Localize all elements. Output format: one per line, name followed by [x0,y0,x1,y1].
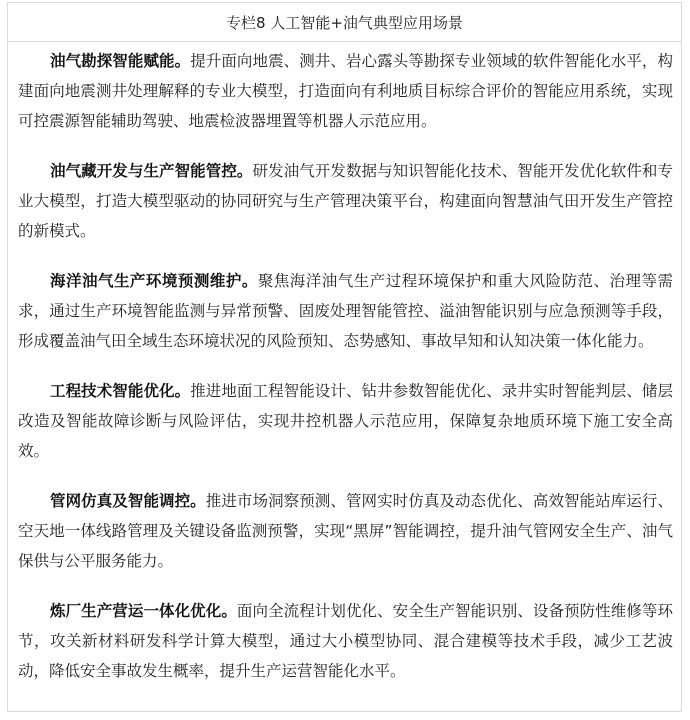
scenario-heading: 管网仿真及智能调控。 [50,492,206,510]
scenario-paragraph: 油气勘探智能赋能。提升面向地震、测井、岩心露头等勘探专业领域的软件智能化水平，构… [18,46,673,136]
scenario-paragraph: 炼厂生产营运一体化优化。面向全流程计划优化、安全生产智能识别、设备预防性维修等环… [18,596,673,686]
scenario-paragraph: 海洋油气生产环境预测维护。聚焦海洋油气生产过程环境保护和重大风险防范、治理等需求… [18,266,673,356]
scenario-heading: 海洋油气生产环境预测维护。 [50,272,258,290]
scenario-paragraph: 管网仿真及智能调控。推进市场洞察预测、管网实时仿真及动态优化、高效智能站库运行、… [18,486,673,576]
box-title: 专栏8 人工智能+油气典型应用场景 [8,3,681,42]
scenario-heading: 炼厂生产营运一体化优化。 [50,602,237,620]
scenario-paragraph: 油气藏开发与生产智能管控。研发油气开发数据与知识智能化技术、智能开发优化软件和专… [18,156,673,246]
box-body: 油气勘探智能赋能。提升面向地震、测井、岩心露头等勘探专业领域的软件智能化水平，构… [8,42,681,686]
scenario-heading: 油气勘探智能赋能。 [50,52,190,70]
feature-box: 专栏8 人工智能+油气典型应用场景 油气勘探智能赋能。提升面向地震、测井、岩心露… [7,2,682,712]
scenario-paragraph: 工程技术智能优化。推进地面工程智能设计、钻井参数智能优化、录井实时智能判层、储层… [18,376,673,466]
scenario-heading: 油气藏开发与生产智能管控。 [50,162,253,180]
scenario-heading: 工程技术智能优化。 [50,382,190,400]
